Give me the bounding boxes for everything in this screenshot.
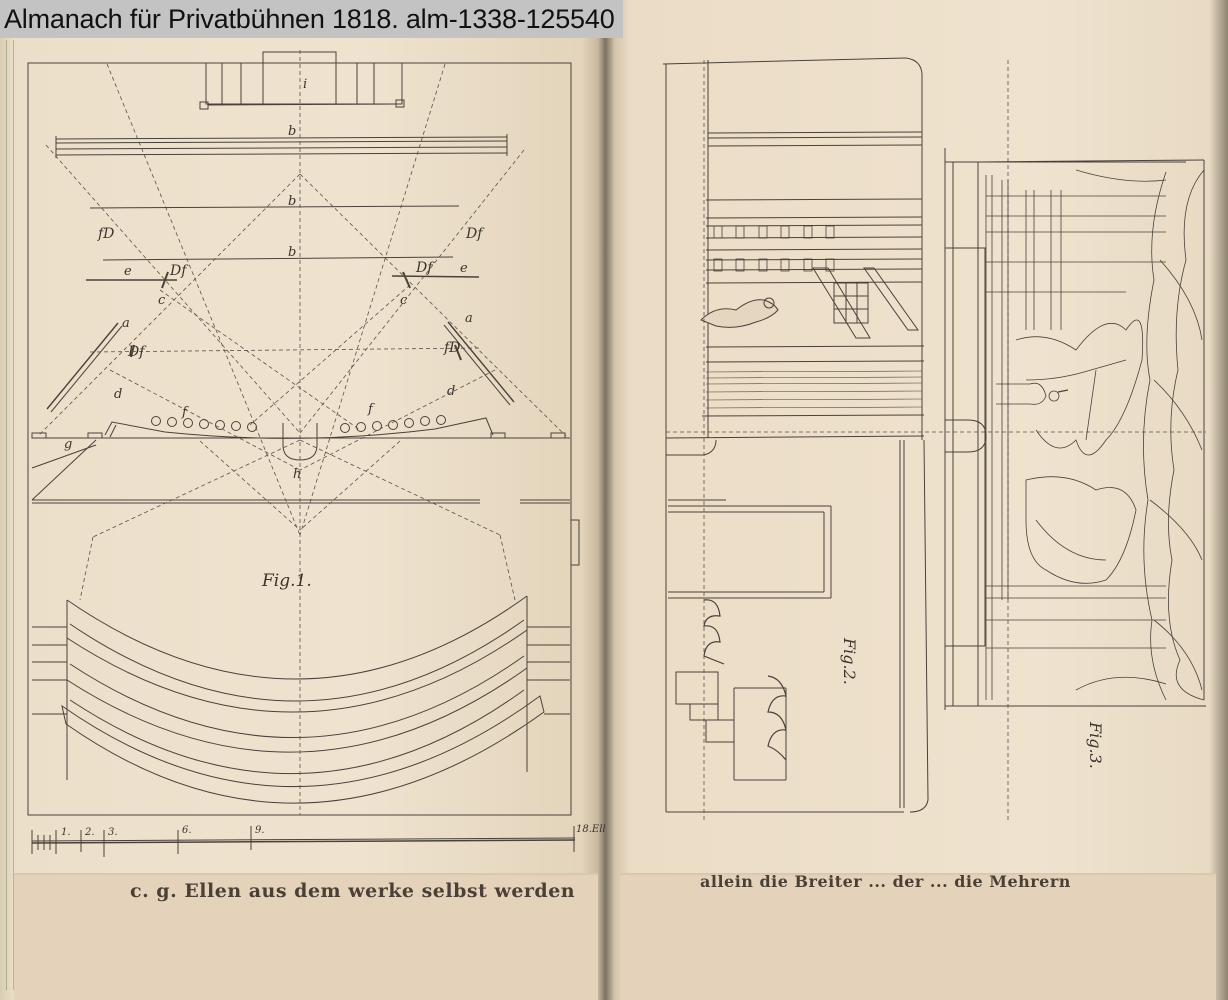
label-b-mid: b [288, 194, 296, 209]
label-h: h [293, 467, 301, 482]
label-i: i [303, 77, 307, 92]
scale-tick-1: 1. [61, 827, 71, 838]
title-bar: Almanach für Privatbühnen 1818. alm-1338… [0, 0, 623, 38]
scale-tick-6: 6. [182, 825, 192, 836]
label-f-right-upper: Df [465, 226, 485, 242]
label-d-left: d [114, 387, 122, 402]
label-f-right-wing: Df [415, 260, 435, 276]
scale-tick-3: 3. [108, 827, 118, 838]
label-d-right: d [447, 384, 455, 399]
book-spread: i b b b fD Df e e Df Df c c a a Df fD d … [0, 0, 1228, 1000]
label-e-right: e [460, 261, 468, 276]
label-f-right-lower: fD [443, 340, 460, 356]
label-f-footlights-right: f [367, 402, 375, 417]
underlying-page-right [620, 875, 1216, 1000]
document-title: Almanach für Privatbühnen 1818. alm-1338… [4, 4, 615, 35]
label-g: g [64, 437, 72, 452]
figure-3-label: Fig.3. [1086, 721, 1105, 769]
figure-1-ground-plan: i b b b fD Df e e Df Df c c a a Df fD d … [0, 0, 606, 880]
scale-tick-9: 9. [255, 825, 265, 836]
figures-2-3-stage-elevations: Fig.2. Fig.3. [606, 0, 1228, 880]
label-a-right: a [465, 311, 473, 326]
label-b-top: b [288, 124, 296, 139]
figure-1-label: Fig.1. [261, 571, 312, 591]
label-c-left: c [158, 293, 166, 308]
label-b-low: b [288, 245, 296, 260]
bleed-text-right: allein die Breiter ... der ... die Mehre… [700, 872, 1071, 891]
figure-2-label: Fig.2. [840, 637, 859, 685]
label-e-left: e [124, 264, 132, 279]
label-a-left: a [122, 316, 130, 331]
scale-tick-2: 2. [84, 827, 95, 838]
scale-end-label: 18.Ellen. [576, 824, 606, 835]
label-c-right: c [400, 293, 408, 308]
bleed-text-left: c. g. Ellen aus dem werke selbst werden [130, 880, 575, 902]
label-f-left-upper: fD [97, 226, 114, 242]
label-f-left-wing: Df [169, 263, 189, 279]
label-f-footlights-left: f [181, 405, 189, 420]
label-f-left-lower: Df [127, 344, 147, 360]
